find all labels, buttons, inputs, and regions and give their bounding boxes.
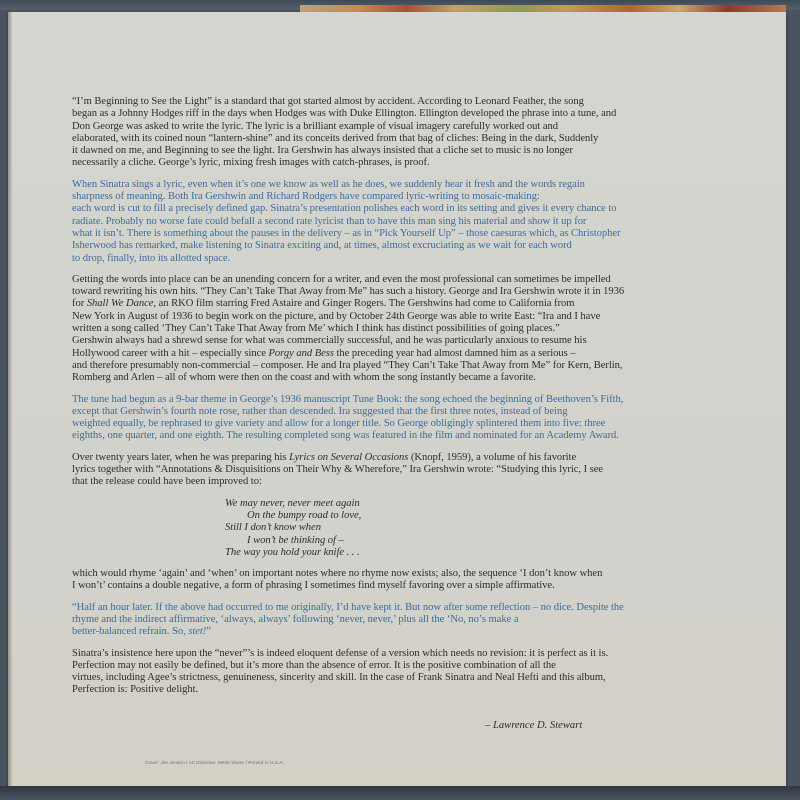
notes-paragraph: Getting the words into place can be an u…	[72, 274, 692, 385]
text-line: weighted equally, be rephrased to give v…	[72, 418, 692, 430]
text-line: Perfection may not easily be defined, bu…	[72, 660, 692, 672]
text-line: except that Gershwin’s fourth note rose,…	[72, 406, 692, 418]
notes-paragraph: Sinatra’s insistence here upon the “neve…	[72, 648, 692, 697]
text-line: necessarily a cliche. George’s lyric, mi…	[72, 157, 692, 169]
notes-paragraph: Over twenty years later, when he was pre…	[72, 452, 692, 489]
text-line: elaborated, with its coined noun “lanter…	[72, 133, 692, 145]
text-line: Don George was asked to write the lyric.…	[72, 121, 692, 133]
text-line: each word is cut to fill a precisely def…	[72, 203, 692, 215]
text-line: Gershwin always had a shrewd sense for w…	[72, 335, 692, 347]
liner-notes-text: “I’m Beginning to See the Light” is a st…	[72, 96, 692, 706]
text-line: for Shall We Dance, an RKO film starring…	[72, 298, 692, 310]
text-line: Getting the words into place can be an u…	[72, 274, 692, 286]
text-line: to drop, finally, into its allotted spac…	[72, 253, 692, 265]
notes-paragraph: “Half an hour later. If the above had oc…	[72, 602, 692, 639]
notes-paragraph: which would rhyme ‘again’ and ‘when’ on …	[72, 568, 692, 593]
author-signature: – Lawrence D. Stewart	[485, 720, 582, 731]
notes-paragraph: When Sinatra sings a lyric, even when it…	[72, 179, 692, 265]
text-line: it dawned on me, and Beginning to see th…	[72, 145, 692, 157]
text-line: rhyme and the indirect affirmative, ‘alw…	[72, 614, 692, 626]
text-line: Hollywood career with a hit – especially…	[72, 348, 692, 360]
poem-line: We may never, never meet again	[225, 498, 692, 510]
text-line: I won’t’ contains a double negative, a f…	[72, 580, 692, 592]
text-line: sharpness of meaning. Both Ira Gershwin …	[72, 191, 692, 203]
text-line: virtues, including Agee’s strictness, ge…	[72, 672, 692, 684]
text-line: The tune had begun as a 9-bar theme in G…	[72, 394, 692, 406]
paragraphs-after-poem: which would rhyme ‘again’ and ‘when’ on …	[72, 568, 692, 697]
text-line: lyrics together with “Annotations & Disq…	[72, 464, 692, 476]
poem-line: I won’t be thinking of –	[225, 535, 692, 547]
text-line: Romberg and Arlen – all of whom were the…	[72, 372, 692, 384]
text-line: Isherwood has remarked, make listening t…	[72, 240, 692, 252]
text-line: better-balanced refrain. So, stet!”	[72, 626, 692, 638]
poem-line: Still I don’t know when	[225, 522, 692, 534]
paragraphs-before-poem: “I’m Beginning to See the Light” is a st…	[72, 96, 692, 489]
text-line: Sinatra’s insistence here upon the “neve…	[72, 648, 692, 660]
text-line: which would rhyme ‘again’ and ‘when’ on …	[72, 568, 692, 580]
text-line: “I’m Beginning to See the Light” is a st…	[72, 96, 692, 108]
text-line: New York in August of 1936 to begin work…	[72, 311, 692, 323]
lyric-excerpt: We may never, never meet againOn the bum…	[225, 498, 692, 559]
credits-line: Cover: Jim Jensen / Art Direction: Merle…	[145, 760, 284, 765]
text-line: what it isn’t. There is something about …	[72, 228, 692, 240]
notes-paragraph: The tune had begun as a 9-bar theme in G…	[72, 394, 692, 443]
text-line: Over twenty years later, when he was pre…	[72, 452, 692, 464]
text-line: and therefore presumably non-commercial …	[72, 360, 692, 372]
text-line: “Half an hour later. If the above had oc…	[72, 602, 692, 614]
text-line: written a song called ‘They Can’t Take T…	[72, 323, 692, 335]
text-line: that the release could have been improve…	[72, 476, 692, 488]
page-edge	[8, 12, 12, 786]
notes-paragraph: “I’m Beginning to See the Light” is a st…	[72, 96, 692, 170]
poem-line: The way you hold your knife . . .	[225, 547, 692, 559]
text-line: began as a Johnny Hodges riff in the day…	[72, 108, 692, 120]
text-line: radiate. Probably no worse fate could be…	[72, 216, 692, 228]
text-line: eighths, one quarter, and one eighth. Th…	[72, 430, 692, 442]
poem-line: On the bumpy road to love,	[225, 510, 692, 522]
background-bottom	[0, 786, 800, 800]
liner-notes-page: “I’m Beginning to See the Light” is a st…	[8, 12, 786, 786]
text-line: When Sinatra sings a lyric, even when it…	[72, 179, 692, 191]
text-line: toward rewriting his own hits. “They Can…	[72, 286, 692, 298]
text-line: Perfection is: Positive delight.	[72, 684, 692, 696]
